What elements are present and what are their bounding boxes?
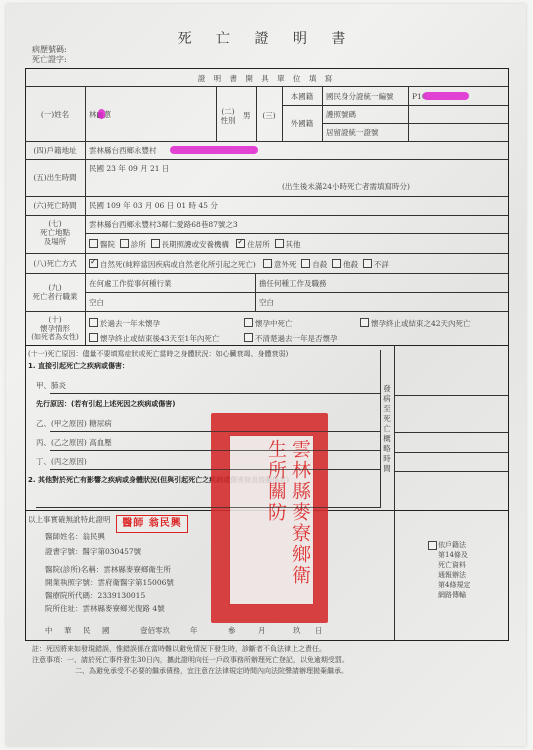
checkbox-suicide[interactable]: 自殺 [301, 260, 327, 269]
certify-statement: 以上事實確無訛特此證明 [28, 515, 111, 524]
interval-label: 發病至死亡概略時間 [382, 384, 392, 474]
official-seal: 雲林縣麥寮鄉衛生所關防 [211, 413, 328, 623]
death-time-value: 民國 109 年 03 月 06 日 01 時 45 分 [89, 201, 218, 210]
checkbox-residence[interactable]: 住居所 [236, 240, 270, 249]
address-label: (四)戶籍地址 [25, 146, 85, 155]
note-registration: 注意事項：一、請於死亡事件發生30日內，攜此證明向任一戶政事務所辦理死亡登記，以… [32, 656, 349, 665]
cause-c: 丙、(乙之原因) 高血壓 [36, 438, 112, 447]
certificate-number-label: 死亡證字: [32, 55, 67, 65]
license-no: 開業執照字號：雲府衛醫字第15006號 [45, 578, 174, 587]
checkbox-accident[interactable]: 意外死 [263, 260, 297, 269]
checkbox-box[interactable] [332, 259, 341, 268]
birth-value: 民國 23 年 09 月 21 日 [89, 164, 169, 173]
network-transmission-checkbox[interactable]: 依戶籍法第14條及死亡資料通報辦法第4條規定網路傳輸 [438, 540, 472, 600]
direct-cause-title: 1. 直接引起死亡之疾病或傷害： [28, 362, 129, 371]
checkbox-box[interactable] [151, 239, 160, 248]
passport-label: 護照號碼 [326, 110, 356, 119]
name-label: (一)姓名 [25, 110, 85, 119]
cause-header: (十一)死亡原因：儘量不要填寫症狀或死亡當時之身體狀況：如心臟衰竭、身體衰弱) [28, 350, 288, 359]
item3-label: (三) [256, 111, 282, 120]
cause-a: 甲、肺炎 [36, 381, 66, 390]
checkbox-box[interactable] [89, 318, 98, 327]
checkbox-box[interactable] [244, 318, 253, 327]
sex-label-bottom: 性別 [216, 116, 240, 125]
checkbox-box[interactable] [263, 259, 272, 268]
note-liability: 註：死因將來如發現錯誤，惟錯誤係在當時難以避免情況下發生時，診斷者不負法律上之責… [32, 645, 326, 654]
manner-options: 自然死(純粹當因疾病或自然老化所引起之死亡) 意外死 自殺 他殺 不詳 [89, 259, 389, 269]
residence-label: 居留證統一證號 [326, 128, 379, 137]
checkbox-43-days-1-year[interactable]: 懷孕終止或結束後43天至1年內死亡 [89, 333, 219, 343]
checkbox-box[interactable] [428, 541, 437, 550]
sex-value: 男 [243, 111, 251, 120]
checkbox-within-42-days[interactable]: 懷孕終止或結束之42天內死亡 [360, 318, 471, 328]
document-meta: 病歷號碼: 死亡證字: [32, 45, 67, 65]
checkbox-box-checked[interactable] [236, 239, 245, 248]
section-header: 證 明 書 開 具 單 位 填 寫 [25, 74, 508, 83]
address-value: 雲林縣台西鄉永豐村 [89, 146, 157, 155]
doctor-cert-no: 證書字號：醫字第030457號 [45, 547, 141, 556]
place-label: (七) 死亡地點 及場所 [25, 219, 85, 246]
facility-code: 醫療院所代碼：2339130015 [45, 591, 145, 600]
redaction-mark [170, 146, 258, 154]
sex-label-top: (二) [216, 107, 240, 116]
document-title: 死 亡 證 明 書 [0, 28, 533, 48]
issue-date: 中 華 民 國 壹佰零玖 年 參 月 玖 日 [45, 625, 335, 636]
checkbox-box[interactable] [89, 333, 98, 342]
cause-b: 乙、(甲之原因) 糖尿病 [36, 419, 112, 428]
place-address: 雲林縣台西鄉永豐村3鄰仁愛路68巷87號之3 [89, 220, 238, 229]
manner-label: (八)死亡方式 [25, 259, 85, 268]
facility-address: 院所住址：雲林縣麥寮鄉光復路 4號 [45, 604, 165, 613]
doctor-name: 醫師姓名：翁民興 [45, 532, 105, 541]
checkbox-pregnant-death[interactable]: 懷孕中死亡 [244, 318, 293, 328]
hospital-name: 醫院(診所)名稱：雲林縣麥寮鄉衛生所 [45, 565, 171, 574]
checkbox-box-checked[interactable] [89, 259, 98, 268]
job-value: 空白 [259, 298, 274, 307]
checkbox-box[interactable] [360, 318, 369, 327]
death-time-label: (六)死亡時間 [25, 201, 85, 210]
redaction-mark [423, 92, 469, 100]
checkbox-hospital[interactable]: 醫院 [89, 240, 115, 249]
cause-d: 丁、(丙之原因) [36, 457, 87, 466]
occupation-label: (九) 死亡者行職業 [25, 283, 85, 301]
checkbox-care-facility[interactable]: 長期照護或安養機構 [151, 240, 230, 249]
nationality-domestic: 本國籍 [282, 92, 322, 101]
antecedent-title: 先行原因：(若有引起上述死因之疾病或傷害) [36, 400, 175, 409]
note-inheritance: 二、為避免承受不必要的繼承債務，宜注意在法律規定時間內向法院聲請辦理拋棄繼承。 [75, 667, 348, 676]
redaction-mark [98, 109, 105, 119]
checkbox-box[interactable] [363, 259, 372, 268]
doctor-seal: 醫師 翁民興 [116, 515, 188, 533]
checkbox-unknown[interactable]: 不詳 [363, 260, 389, 269]
checkbox-unsure[interactable]: 不清楚過去一年是否懷孕 [244, 333, 338, 343]
job-header: 擔任何種工作及職務 [259, 279, 327, 288]
checkbox-not-pregnant[interactable]: 於過去一年未懷孕 [89, 318, 160, 328]
industry-header: 在何處工作從事何種行業 [89, 279, 172, 288]
id-label: 國民身分證統一編號 [326, 92, 394, 101]
checkbox-box[interactable] [89, 239, 98, 248]
checkbox-clinic[interactable]: 診所 [120, 240, 146, 249]
industry-value: 空白 [89, 298, 104, 307]
checkbox-other[interactable]: 其他 [275, 240, 301, 249]
checkbox-homicide[interactable]: 他殺 [332, 260, 358, 269]
birth-note: (出生後未滿24小時死亡者需填寫時分) [282, 182, 410, 191]
place-options: 醫院 診所 長期照護或安養機構 住居所 其他 [89, 239, 301, 249]
nationality-foreign: 外國籍 [282, 119, 322, 128]
checkbox-box[interactable] [275, 239, 284, 248]
birth-label: (五)出生時間 [25, 173, 85, 182]
record-number-label: 病歷號碼: [32, 45, 67, 55]
checkbox-box[interactable] [301, 259, 310, 268]
pregnancy-label: (十) 懷孕情形 (如死者為女性) [25, 315, 85, 342]
checkbox-natural[interactable]: 自然死(純粹當因疾病或自然老化所引起之死亡) [89, 260, 256, 269]
checkbox-box[interactable] [244, 333, 253, 342]
checkbox-box[interactable] [120, 239, 129, 248]
